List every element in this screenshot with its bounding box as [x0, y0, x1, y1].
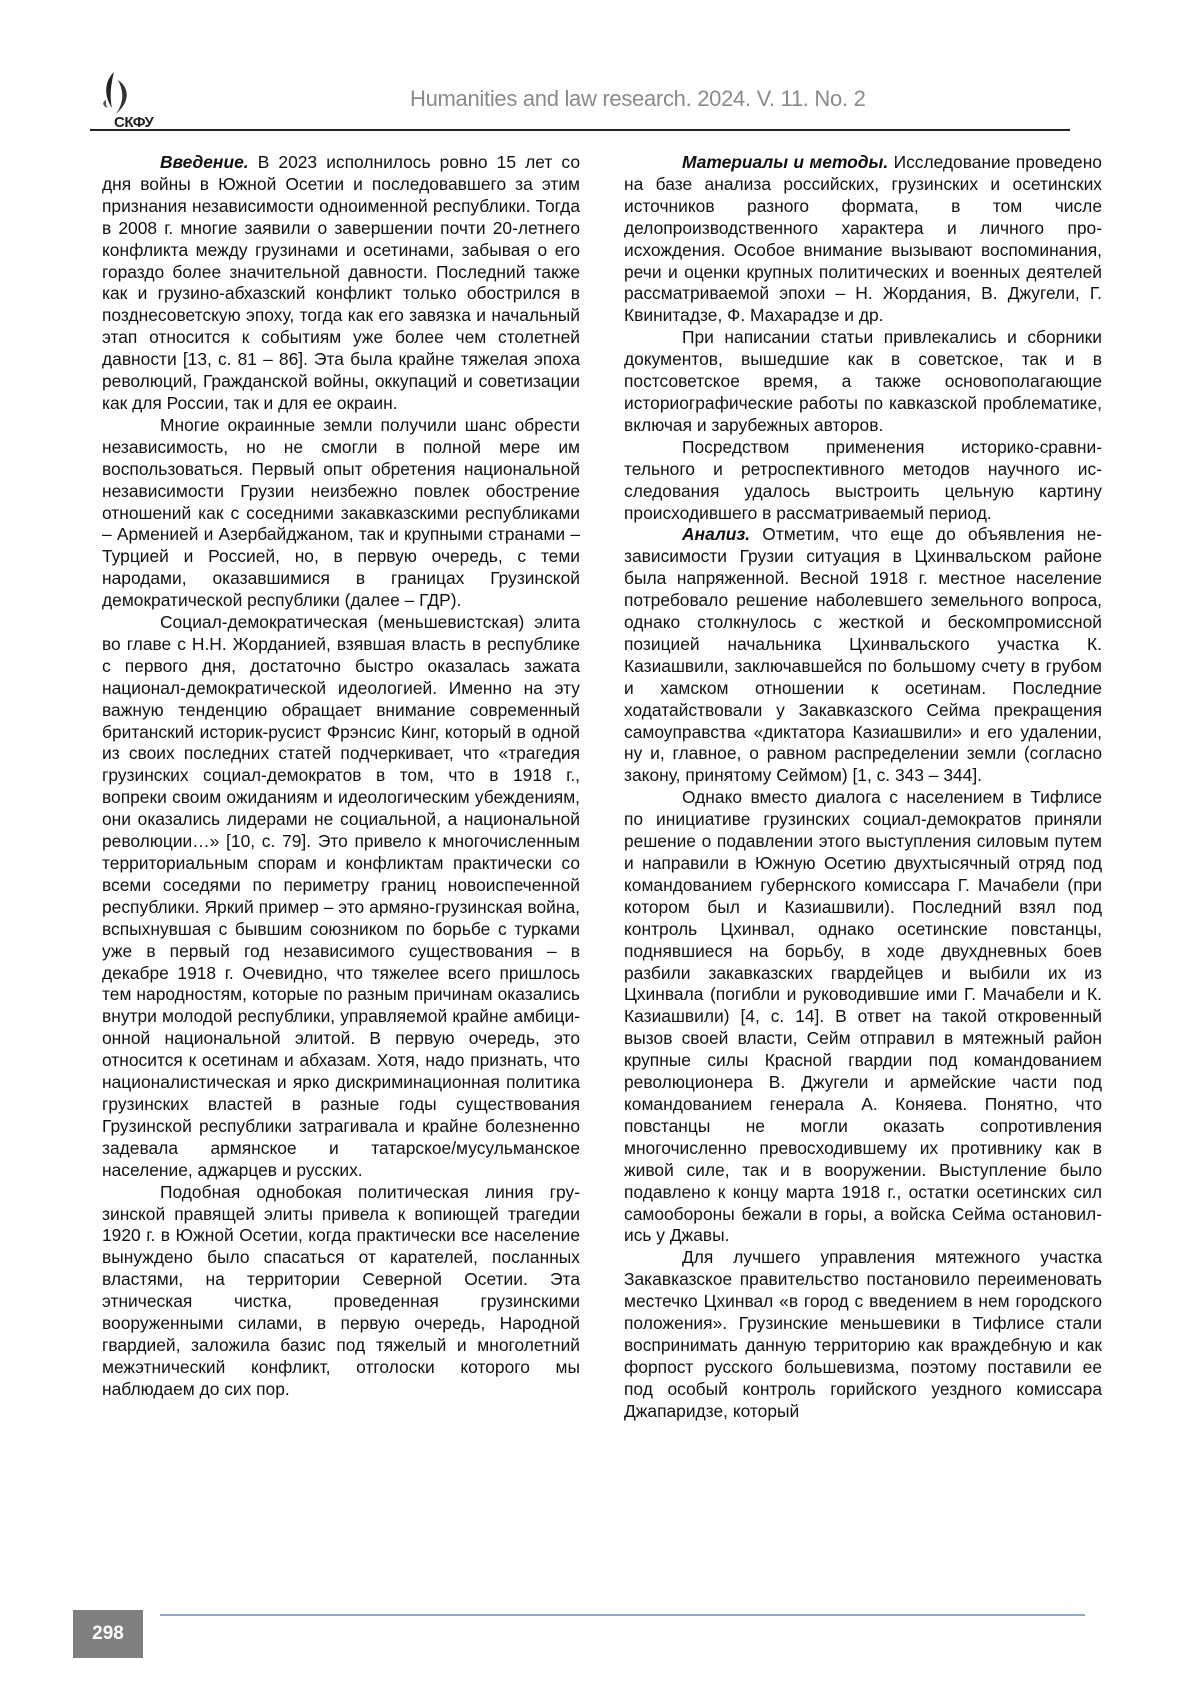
body-columns: Введение. В 2023 исполнилось ровно 15 ле… — [102, 152, 1102, 1423]
paragraph: Однако вместо диалога с населением в Ти­… — [624, 787, 1102, 1247]
paragraph-materials-methods: Материалы и методы. Исследование про­вед… — [624, 152, 1102, 327]
paragraph: Для лучшего управления мятежного участка… — [624, 1247, 1102, 1422]
bird-wing-icon — [100, 70, 140, 120]
page-header: СКФУ Humanities and law research. 2024. … — [90, 60, 1070, 130]
page-number-badge: 298 — [73, 1610, 143, 1658]
paragraph-introduction: Введение. В 2023 исполнилось ровно 15 ле… — [102, 152, 580, 415]
footer-divider — [160, 1614, 1085, 1616]
paragraph: Многие окраинные земли получили шанс об­… — [102, 415, 580, 612]
section-heading-introduction: Введение. — [160, 152, 249, 172]
paragraph: Социал-демократическая (меньшевистская) … — [102, 612, 580, 1182]
section-heading-analysis: Анализ. — [682, 524, 750, 544]
header-divider — [90, 129, 1070, 131]
section-heading-materials-methods: Материалы и методы. — [682, 152, 888, 172]
journal-title: Humanities and law research. 2024. V. 11… — [410, 86, 866, 112]
paragraph-analysis: Анализ. Отметим, что еще до объявления н… — [624, 524, 1102, 787]
paragraph: При написании статьи привлекались и сбор… — [624, 327, 1102, 437]
paragraph: Посредством применения историко-сравни­т… — [624, 437, 1102, 525]
paragraph: Подобная однобокая политическая линия гр… — [102, 1182, 580, 1401]
left-column: Введение. В 2023 исполнилось ровно 15 ле… — [102, 152, 580, 1423]
right-column: Материалы и методы. Исследование про­вед… — [624, 152, 1102, 1423]
university-logo: СКФУ — [100, 70, 180, 130]
